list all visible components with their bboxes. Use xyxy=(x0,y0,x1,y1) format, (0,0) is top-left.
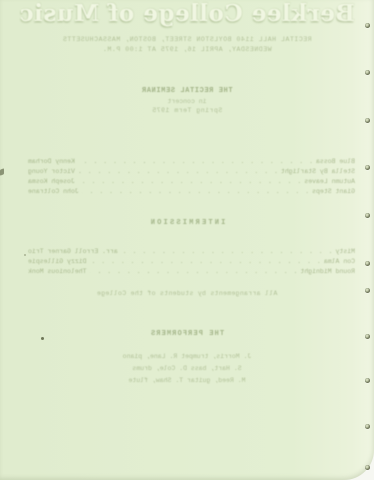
program-row: Mistyarr. Erroll Garner Trio xyxy=(28,248,355,258)
piece-title: Round Midnight xyxy=(300,268,355,275)
piece-title: Blue Bossa xyxy=(316,158,355,165)
performer-line: J. Morris, trumpet R. Lane, piano xyxy=(0,353,374,360)
dot-leader xyxy=(90,258,321,265)
college-title: Berklee College of Music xyxy=(0,0,374,27)
program-row: Con AlmaDizzy Gillespie xyxy=(28,258,355,268)
performer-line: M. Reed, guitar T. Shaw, flute xyxy=(0,377,374,384)
dot-leader xyxy=(82,188,309,195)
paper-speck xyxy=(24,254,26,256)
composer-name: arr. Erroll Garner Trio xyxy=(28,248,118,255)
program-row: Giant StepsJohn Coltrane xyxy=(28,188,355,198)
paper-speck xyxy=(41,337,44,340)
dot-leader xyxy=(78,168,278,175)
performers-heading: THE PERFORMERS xyxy=(0,330,374,338)
binder-hole xyxy=(365,213,370,218)
paper-speck xyxy=(0,168,4,175)
program-row: Stella By StarlightVictor Young xyxy=(28,168,355,178)
program-row: Round MidnightThelonious Monk xyxy=(28,268,355,278)
dot-leader xyxy=(90,268,298,275)
date-line: WEDNESDAY, APRIL 16, 1975 AT 1:00 P.M. xyxy=(0,46,374,53)
recital-heading-line2: in concert xyxy=(0,98,374,105)
binder-hole xyxy=(365,424,370,429)
program-row: Blue BossaKenny Dorham xyxy=(28,158,355,168)
binder-hole xyxy=(365,288,370,293)
recital-heading-line1: THE RECITAL SEMINAR xyxy=(0,87,374,95)
composer-name: Victor Young xyxy=(28,168,75,175)
piece-title: Giant Steps xyxy=(312,188,355,195)
binder-hole xyxy=(365,118,370,123)
dot-leader xyxy=(121,248,333,255)
program-list-second-half: Mistyarr. Erroll Garner TrioCon AlmaDizz… xyxy=(28,248,355,278)
performer-line: S. Hart, bass D. Cole, drums xyxy=(0,365,374,372)
binder-hole xyxy=(365,23,370,28)
composer-name: Joseph Kosma xyxy=(28,178,75,185)
composer-name: Kenny Dorham xyxy=(28,158,75,165)
binder-hole xyxy=(365,465,370,470)
piece-title: Misty xyxy=(335,248,355,255)
composer-name: John Coltrane xyxy=(28,188,79,195)
composer-name: Dizzy Gillespie xyxy=(28,258,87,265)
dot-leader xyxy=(78,158,313,165)
binder-hole xyxy=(365,334,370,339)
venue-line: RECITAL HALL 1140 BOYLSTON STREET, BOSTO… xyxy=(0,36,374,43)
binder-hole xyxy=(365,261,370,266)
program-note-line: All arrangements by students of the Coll… xyxy=(0,290,374,297)
mirrored-bleed-through-layer: Berklee College of Music RECITAL HALL 11… xyxy=(0,0,374,480)
program-row: Autumn LeavesJoseph Kosma xyxy=(28,178,355,188)
piece-title: Autumn Leaves xyxy=(304,178,355,185)
binder-hole xyxy=(365,165,370,170)
piece-title: Stella By Starlight xyxy=(281,168,355,175)
program-page: Berklee College of Music RECITAL HALL 11… xyxy=(0,0,374,480)
intermission-heading: INTERMISSION xyxy=(0,219,374,227)
binder-hole xyxy=(365,378,370,383)
recital-heading-line3: Spring Term 1975 xyxy=(0,107,374,114)
dot-leader xyxy=(78,178,301,185)
program-list-first-half: Blue BossaKenny DorhamStella By Starligh… xyxy=(28,158,355,198)
piece-title: Con Alma xyxy=(324,258,355,265)
composer-name: Thelonious Monk xyxy=(28,268,87,275)
binder-hole xyxy=(365,70,370,75)
